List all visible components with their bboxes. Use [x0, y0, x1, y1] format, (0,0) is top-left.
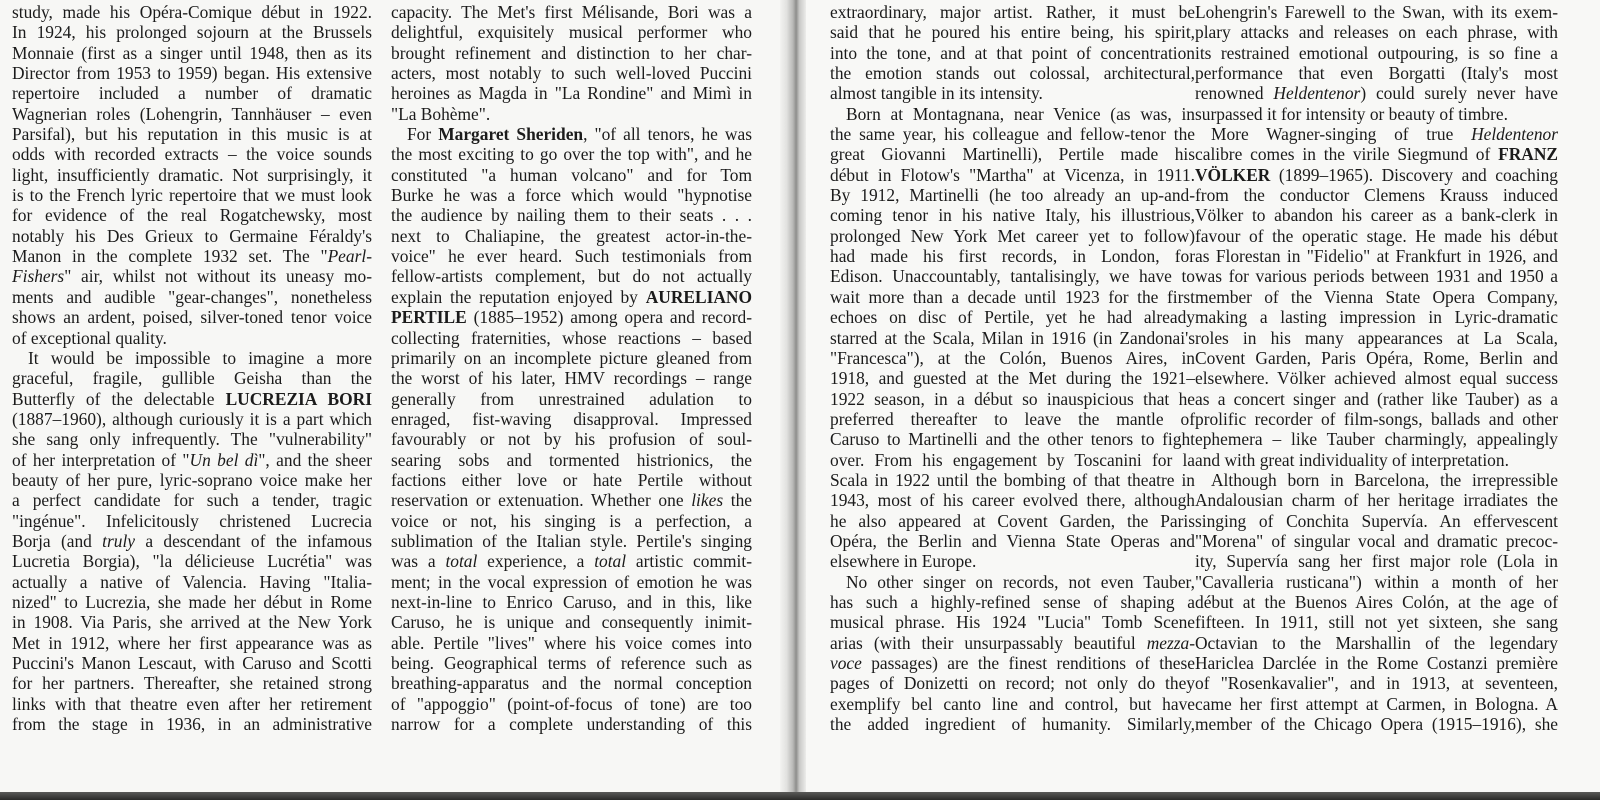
text-line: Octavian to the Marshallin of the legend… [1195, 633, 1558, 653]
text-line: (1887–1960), although curiously it is a … [12, 409, 372, 429]
text-line: notably his Des Grieux to Germaine Féral… [12, 226, 372, 246]
text-line: For Margaret Sheriden, "of all tenors, h… [391, 124, 752, 144]
text-line: voce passages) are the finest renditions… [830, 653, 1195, 673]
text-line: Fishers" air, whilst not without its une… [12, 266, 372, 286]
text-line: Manon in the complete 1932 set. The "Pea… [12, 246, 372, 266]
left-page: study, made his Opéra-Comique début in 1… [0, 0, 792, 792]
text-line: Lucretia Borgia), "la délicieuse Lucréti… [12, 551, 372, 571]
text-line: elsewhere. Völker achieved almost equal … [1195, 368, 1558, 388]
text-line: echoes on disc of Pertile, yet he had al… [830, 307, 1195, 327]
text-line: nized" to Lucrezia, she made her début i… [12, 592, 372, 612]
text-line: prolonged New York Met career yet to fol… [830, 226, 1195, 246]
text-line: prolific recorder of film-songs, ballads… [1195, 409, 1558, 429]
text-line: the worst of his later, HMV recordings –… [391, 368, 752, 388]
text-line: has such a highly-refined sense of shapi… [830, 592, 1195, 612]
text-line: breathing-apparatus and the normal conce… [391, 673, 752, 693]
text-line: beauty of her pure, lyric-soprano voice … [12, 470, 372, 490]
text-line: and with great individuality of interpre… [1195, 450, 1558, 470]
text-line: starred at the Scala, Milan in 1916 (in … [830, 328, 1195, 348]
text-line: for her partners. Thereafter, she retain… [12, 673, 372, 693]
text-line: shows an ardent, poised, silver-toned te… [12, 307, 372, 327]
text-line: renowned Heldentenor) could surely never… [1195, 83, 1558, 103]
text-line: 1922 season, in a début so inauspicious … [830, 389, 1195, 409]
text-line: wait more than a decade until 1923 for t… [830, 287, 1195, 307]
text-line: Scala in 1922 until the bombing of that … [830, 470, 1195, 490]
text-line: extraordinary, major artist. Rather, it … [830, 2, 1195, 22]
text-line: Director from 1953 to 1959) began. His e… [12, 63, 372, 83]
text-line: calibre comes in the virile Siegmund of … [1195, 144, 1558, 164]
text-line: Although born in Barcelona, the irrepres… [1195, 470, 1558, 490]
text-line: a perfect candidate for such a tender, t… [12, 490, 372, 510]
text-line: came her first attempt at Carmen, in Bol… [1195, 694, 1558, 714]
text-line: 1918, and guested at the Met during the … [830, 368, 1195, 388]
text-line: More Wagner-singing of true Heldentenor [1195, 124, 1558, 144]
text-line: graceful, fragile, gullible Geisha than … [12, 368, 372, 388]
text-line: for evidence of the real Rogatchewsky, m… [12, 205, 372, 225]
text-line: reservation or extenuation. Whether one … [391, 490, 752, 510]
text-line: as a concert singer and (rather like Tau… [1195, 389, 1558, 409]
text-line: arias (with their unsurpassably beautifu… [830, 633, 1195, 653]
text-line: acters, most notably to such well-loved … [391, 63, 752, 83]
text-line: Born at Montagnana, near Venice (as was,… [830, 104, 1195, 124]
text-line: of exceptional quality. [12, 328, 372, 348]
text-column-2: capacity. The Met's first Mélisande, Bor… [391, 2, 752, 734]
text-line: is to the French lyric repertoire that w… [12, 185, 372, 205]
text-line: the emotion stands out colossal, archite… [830, 63, 1195, 83]
text-line: from the conductor Clemens Krauss induce… [1195, 185, 1558, 205]
text-line: she sang only infrequently. The "vulnera… [12, 429, 372, 449]
text-line: voice" he ever heard. Such testimonials … [391, 246, 752, 266]
text-line: Covent Garden, Paris Opéra, Rome, Berlin… [1195, 348, 1558, 368]
text-line: Burke he was a force which would "hypnot… [391, 185, 752, 205]
text-line: fifteen. In 1911, still not yet sixteen,… [1195, 612, 1558, 632]
text-line: voice or not, his singing is a perfectio… [391, 511, 752, 531]
text-line: Opéra, the Berlin and Vienna State Opera… [830, 531, 1195, 551]
text-line: Met in 1912, where her first appearance … [12, 633, 372, 653]
text-line: VÖLKER (1899–1965). Discovery and coachi… [1195, 165, 1558, 185]
text-line: sublimation of the Italian style. Pertil… [391, 531, 752, 551]
text-line: début at the Buenos Aires Colón, at the … [1195, 592, 1558, 612]
text-line: début in Flotow's "Martha" at Vicenza, i… [830, 165, 1195, 185]
text-line: said that he poured his entire being, hi… [830, 22, 1195, 42]
text-line: Völker to abandon his career as a bank-c… [1195, 205, 1558, 225]
text-line: the same year, his colleague and fellow-… [830, 124, 1195, 144]
text-line: singing of Conchita Supervía. An efferve… [1195, 511, 1558, 531]
text-line: Puccini's Manon Lescaut, with Caruso and… [12, 653, 372, 673]
text-line: explain the reputation enjoyed by AURELI… [391, 287, 752, 307]
text-line: almost tangible in its intensity. [830, 83, 1195, 103]
text-line: "Francesca"), at the Colón, Buenos Aires… [830, 348, 1195, 368]
text-line: from the stage in 1936, in an administra… [12, 714, 372, 734]
booklet-spread: study, made his Opéra-Comique début in 1… [0, 0, 1600, 800]
text-line: "La Bohème". [391, 104, 752, 124]
text-line: favour of the operatic stage. He made hi… [1195, 226, 1558, 246]
text-line: as Florestan in "Fidelio" at Frankfurt i… [1195, 246, 1558, 266]
text-line: ments and audible "gear-changes", noneth… [12, 287, 372, 307]
text-line: collecting fraternities, whose reactions… [391, 328, 752, 348]
right-page: extraordinary, major artist. Rather, it … [800, 0, 1600, 792]
text-line: links with that theatre even after her r… [12, 694, 372, 714]
text-line: the audience by nailing them to their se… [391, 205, 752, 225]
text-line: musical phrase. His 1924 "Lucia" Tomb Sc… [830, 612, 1195, 632]
text-line: searing sobs and tormented histrionics, … [391, 450, 752, 470]
text-line: By 1912, Martinelli (he too already an u… [830, 185, 1195, 205]
text-line: he also appeared at Covent Garden, the P… [830, 511, 1195, 531]
page-bottom-edge [0, 792, 1600, 800]
text-line: "Cavalleria rusticana") within a month o… [1195, 572, 1558, 592]
text-line: exemplify bel canto line and control, bu… [830, 694, 1195, 714]
text-line: Monnaie (first as a singer until 1948, t… [12, 43, 372, 63]
text-line: coming tenor in his native Italy, his il… [830, 205, 1195, 225]
text-line: next to Chaliapine, the greatest actor-i… [391, 226, 752, 246]
text-line: Butterfly of the delectable LUCREZIA BOR… [12, 389, 372, 409]
text-line: delightful, exquisitely musical performe… [391, 22, 752, 42]
text-line: favourably or not by his profusion of so… [391, 429, 752, 449]
text-line: factions either love or hate Pertile wit… [391, 470, 752, 490]
text-line: heroines as Magda in "La Rondine" and Mi… [391, 83, 752, 103]
text-line: Hariclea Darclée in the Rome Costanzi pr… [1195, 653, 1558, 673]
text-line: constituted "a human volcano" and for To… [391, 165, 752, 185]
text-line: into the tone, and at that point of conc… [830, 43, 1195, 63]
text-line: study, made his Opéra-Comique début in 1… [12, 2, 372, 22]
text-line: repertoire included a number of dramatic [12, 83, 372, 103]
text-line: Andalousian charm of her heritage irradi… [1195, 490, 1558, 510]
text-line: In 1924, his prolonged sojourn at the Br… [12, 22, 372, 42]
text-line: was a total experience, a total artistic… [391, 551, 752, 571]
text-line: Parsifal), but his reputation in this mu… [12, 124, 372, 144]
text-line: ephemera – like Tauber charmingly, appea… [1195, 429, 1558, 449]
text-line: enraged, fist-waving disapproval. Impres… [391, 409, 752, 429]
text-line: of her interpretation of "Un bel dì", an… [12, 450, 372, 470]
text-line: member of the Chicago Opera (1915–1916),… [1195, 714, 1558, 734]
text-line: its restrained emotional outpouring, is … [1195, 43, 1558, 63]
text-line: roles in his many appearances at La Scal… [1195, 328, 1558, 348]
text-line: pages of Donizetti on record; not only d… [830, 673, 1195, 693]
text-column-4: Lohengrin's Farewell to the Swan, with i… [1195, 2, 1558, 734]
text-line: fellow-artists complement, but do not ac… [391, 266, 752, 286]
text-line: surpassed it for intensity or beauty of … [1195, 104, 1558, 124]
text-line: elsewhere in Europe. [830, 551, 1195, 571]
binding-gutter [780, 0, 806, 792]
text-line: Lohengrin's Farewell to the Swan, with i… [1195, 2, 1558, 22]
text-line: brought refinement and distinction to he… [391, 43, 752, 63]
text-line: had made his first records, in London, f… [830, 246, 1195, 266]
text-line: actually a native of Valencia. Having "I… [12, 572, 372, 592]
text-line: primarily on an incomplete picture glean… [391, 348, 752, 368]
text-line: of "Rosenkavalier", and in 1913, at seve… [1195, 673, 1558, 693]
text-line: was for various periods between 1931 and… [1195, 266, 1558, 286]
text-line: preferred thereafter to leave the mantle… [830, 409, 1195, 429]
text-column-3: extraordinary, major artist. Rather, it … [830, 2, 1195, 734]
text-line: 1943, most of his career evolved there, … [830, 490, 1195, 510]
text-line: ment; in the vocal expression of emotion… [391, 572, 752, 592]
text-column-1: study, made his Opéra-Comique début in 1… [12, 2, 372, 734]
text-line: of "appoggio" (point-of-focus of tone) a… [391, 694, 752, 714]
text-line: the most exciting to go over the top wit… [391, 144, 752, 164]
text-line: No other singer on records, not even Tau… [830, 572, 1195, 592]
text-line: able. Pertile "lives" where his voice co… [391, 633, 752, 653]
text-line: Caruso to Martinelli and the other tenor… [830, 429, 1195, 449]
text-line: in 1908. Via Paris, she arrived at the N… [12, 612, 372, 632]
text-line: ity, Supervía sang her first major role … [1195, 551, 1558, 571]
text-line: performance that even Borgatti (Italy's … [1195, 63, 1558, 83]
text-line: capacity. The Met's first Mélisande, Bor… [391, 2, 752, 22]
text-line: odds with recorded extracts – the voice … [12, 144, 372, 164]
text-line: next-in-line to Enrico Caruso, and in th… [391, 592, 752, 612]
text-line: plary attacks and releases on each phras… [1195, 22, 1558, 42]
text-line: Edison. Unaccountably, tantalisingly, we… [830, 266, 1195, 286]
text-line: light, insufficiently dramatic. Not surp… [12, 165, 372, 185]
text-line: "Morena" of singular vocal and dramatic … [1195, 531, 1558, 551]
text-line: narrow for a complete understanding of t… [391, 714, 752, 734]
text-line: great Giovanni Martinelli), Pertile made… [830, 144, 1195, 164]
text-line: over. From his engagement by Toscanini f… [830, 450, 1195, 470]
text-line: member of the Vienna State Opera Company… [1195, 287, 1558, 307]
text-line: Borja (and truly a descendant of the inf… [12, 531, 372, 551]
text-line: PERTILE (1885–1952) among opera and reco… [391, 307, 752, 327]
text-line: being. Geographical terms of reference s… [391, 653, 752, 673]
text-line: Caruso, he is unique and consequently in… [391, 612, 752, 632]
text-line: "ingénue". Infelicitously christened Luc… [12, 511, 372, 531]
text-line: It would be impossible to imagine a more [12, 348, 372, 368]
text-line: making a lasting impression in Lyric-dra… [1195, 307, 1558, 327]
text-line: Wagnerian roles (Lohengrin, Tannhäuser –… [12, 104, 372, 124]
text-line: generally from unrestrained adulation to [391, 389, 752, 409]
text-line: the added ingredient of humanity. Simila… [830, 714, 1195, 734]
